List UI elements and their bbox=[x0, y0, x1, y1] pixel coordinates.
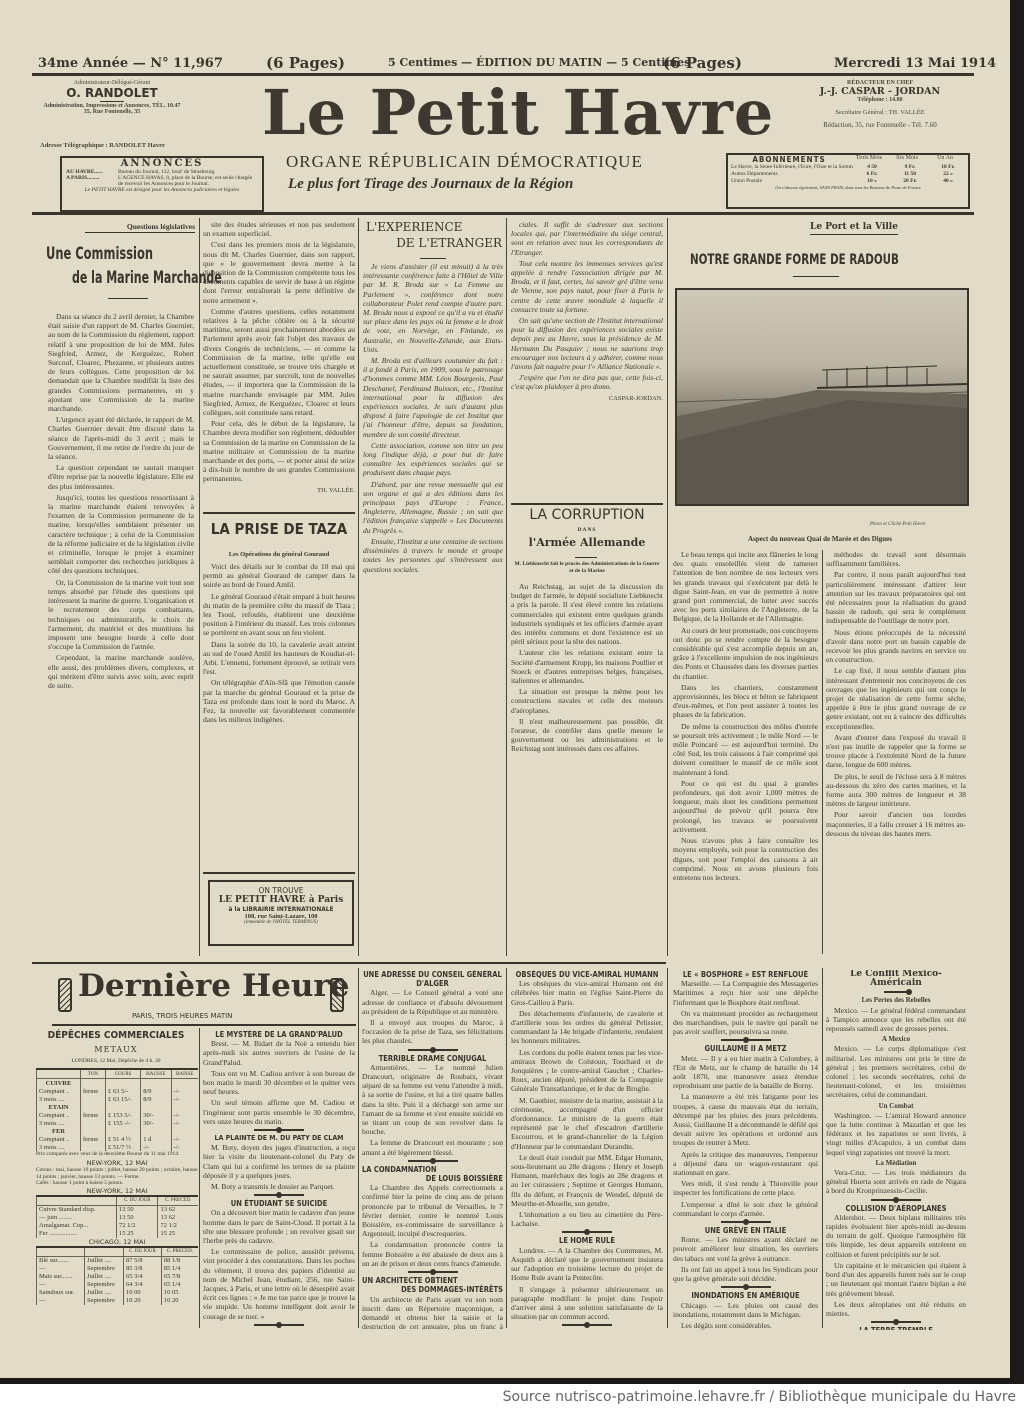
section-heading: La Médiation bbox=[826, 1159, 966, 1168]
paragraph: M. Boty a transmis le dossier au Parquet… bbox=[203, 1182, 355, 1191]
paragraph: Mexico. — Le général fédéral commandant … bbox=[826, 1006, 966, 1034]
table-row: Blé sur.......Juillet ....87 5/888 1/8 bbox=[37, 1256, 199, 1265]
table-row: Comptant ..ferme£ 63 5/-8/9-/- bbox=[37, 1087, 199, 1095]
annonces-box: ANNONCES AU HAVRE......Bureau du Journal… bbox=[60, 156, 264, 212]
paragraph: Au Reichstag, au sujet de la discussion … bbox=[511, 582, 663, 646]
abonnement-row: Union Postale10 »20 Fr.40 » bbox=[728, 178, 968, 185]
newspaper-page: 34me Année — N° 11,967 (6 Pages) 5 Centi… bbox=[0, 0, 1024, 1384]
paragraph: Jusqu'ici, toutes les questions ressorti… bbox=[48, 493, 194, 576]
page-count-left: (6 Pages) bbox=[266, 54, 345, 72]
taza-title: LA PRISE DE TAZA bbox=[203, 520, 355, 538]
page-count-right: (6 Pages) bbox=[663, 54, 742, 72]
paragraph: Nous n'avons plus à faire connaître les … bbox=[673, 836, 818, 882]
derniere-col-6: Le Conflit Mexico-Américain Les Pertes d… bbox=[826, 970, 966, 1330]
paragraph: Pour cela, dès le début de la législatur… bbox=[203, 419, 355, 483]
paragraph: Un capitaine et le mécanicien qui étaien… bbox=[826, 1261, 966, 1298]
derniere-col-5: LE « BOSPHORE » EST RENFLOUÉ Marseille. … bbox=[673, 970, 818, 1330]
paragraph: Comme d'autres questions, celles notamme… bbox=[203, 307, 355, 417]
metaux-title: METAUX bbox=[36, 1045, 196, 1054]
derniere-heure-subtitle: PARIS, TROIS HEURES MATIN bbox=[132, 1012, 232, 1020]
metal-group: CUIVRE bbox=[37, 1079, 199, 1088]
paragraph: Ensuite, l'Institut a une centaine de se… bbox=[363, 537, 503, 574]
section-heading: A Mexico bbox=[826, 1035, 966, 1044]
table-row: Comptant ..ferme£ 153 5/-30/--/- bbox=[37, 1111, 199, 1119]
paragraph: L'auteur cite les relations existant ent… bbox=[511, 648, 663, 685]
paragraph: Un seul témoin affirme que M. Cadiou et … bbox=[203, 1098, 355, 1126]
paragraph: Tout cela montre les immenses services q… bbox=[511, 259, 663, 314]
wheat-ornament-left-icon bbox=[58, 978, 72, 1012]
paragraph: Cependant, la marine marchande soulève, … bbox=[48, 653, 194, 690]
commission-kicker: Questions législatives bbox=[85, 222, 195, 233]
paragraph: Je viens d'assister (il est minuit) à la… bbox=[363, 262, 503, 354]
paragraph: Le deuil était conduit par MM. Edgar Hum… bbox=[511, 1153, 663, 1208]
source-credit: Source nutrisco-patrimoine.lehavre.fr / … bbox=[503, 1389, 1016, 1405]
paragraph: La Chambre des Appels correctionnels a c… bbox=[362, 1183, 503, 1238]
section-heading: Un Combat bbox=[826, 1102, 966, 1111]
radoub-body: Le beau temps qui incite aux flâneries l… bbox=[673, 550, 818, 954]
editor-name: J.-J. CASPAR - JORDAN bbox=[800, 86, 960, 97]
paragraph: On a découvert hier matin le cadavre d'u… bbox=[203, 1208, 355, 1245]
paragraph: La condamnation prononcée contre la femm… bbox=[362, 1240, 503, 1268]
table-row: Cuivre Standard disp.13 5013 62 bbox=[37, 1205, 199, 1214]
paragraph: méthodes de travail sont désormais suffi… bbox=[826, 550, 966, 568]
paragraph: L'inhumation a eu lieu au cimetière du P… bbox=[511, 1210, 663, 1228]
experience-continued: ciales. Il suffit de s'adresser aux sect… bbox=[511, 220, 663, 500]
paragraph: Des détachements d'infanterie, de cavale… bbox=[511, 1009, 663, 1046]
depeches-title: DÉPÊCHES COMMERCIALES bbox=[36, 1030, 196, 1041]
paragraph: Dans sa séance du 2 avril dernier, la Ch… bbox=[48, 312, 194, 413]
paragraph: On sait qu'une section de l'Institut int… bbox=[511, 316, 663, 371]
commission-body: Dans sa séance du 2 avril dernier, la Ch… bbox=[48, 312, 194, 952]
paragraph: L'empereur a dîné le soir chez le généra… bbox=[673, 1200, 818, 1218]
paragraph: Rome. — Les ministres ayant déclaré ne p… bbox=[673, 1235, 818, 1263]
abonnements-title: ABONNEMENTS bbox=[728, 155, 850, 164]
left-header: Administrateur-Délégué-Gérant O. RANDOLE… bbox=[32, 80, 192, 115]
paragraph: Metz. — Il y a eu hier matin à Colombey,… bbox=[673, 1054, 818, 1091]
corruption-title-3: l'Armée Allemande bbox=[511, 536, 663, 549]
radoub-kicker: Le Port et la Ville bbox=[810, 222, 898, 235]
right-header: RÉDACTEUR EN CHEF J.-J. CASPAR - JORDAN … bbox=[800, 80, 960, 129]
radoub-continued: méthodes de travail sont désormais suffi… bbox=[826, 550, 966, 954]
commission-continued: site des études sérieuses et non pas seu… bbox=[203, 220, 355, 510]
paragraph: Nous étions préoccupés de la nécessité d… bbox=[826, 628, 966, 665]
paragraph: Il n'est malheureusement pas possible, d… bbox=[511, 717, 663, 754]
table-row: Fer .................15 2515 25 bbox=[37, 1230, 199, 1238]
commission-title-1: Une Commission bbox=[46, 244, 153, 264]
issue-date: Mercredi 13 Mai 1914 bbox=[834, 56, 996, 71]
metal-group: ETAIN bbox=[37, 1103, 199, 1111]
paragraph: Vera-Cruz. — Les trois médiateurs du gén… bbox=[826, 1168, 966, 1196]
table-row: — juin ........13 5013 62 bbox=[37, 1214, 199, 1222]
paragraph: Le commissaire de police, aussitôt préve… bbox=[203, 1247, 355, 1321]
paragraph: Vers midi, il s'est rendu à Thionville p… bbox=[673, 1179, 818, 1197]
table-row: Amalgamat. Cop...72 1/272 1/2 bbox=[37, 1222, 199, 1230]
table-row: 3 mois ....£ 155 -/-30/--/- bbox=[37, 1119, 199, 1127]
paragraph: Par contre, il nous paraît aujourd'hui t… bbox=[826, 570, 966, 625]
scan-bottom-edge bbox=[0, 1378, 1024, 1384]
manager-name: O. RANDOLET bbox=[32, 86, 192, 100]
telegraph-address: Adresse Télégraphique : RANDOLET Havre bbox=[40, 142, 165, 149]
experience-title-2: DE L'ETRANGER bbox=[388, 236, 502, 250]
paragraph: Il s'engage à présenter ultérieurement u… bbox=[511, 1285, 663, 1322]
paragraph: De même la construction des môles d'entr… bbox=[673, 722, 818, 777]
paragraph: Marseille. — La Compagnie des Messagerie… bbox=[673, 979, 818, 1007]
issue-number: 34me Année — N° 11,967 bbox=[38, 56, 223, 71]
metal-group: FER bbox=[37, 1127, 199, 1135]
table-row: —Septembre10 2010 20 bbox=[37, 1297, 199, 1305]
table-row: —Septembre85 3/885 1/4 bbox=[37, 1265, 199, 1273]
paragraph: Un architecte de Paris ayant vu son nom … bbox=[362, 1295, 503, 1331]
table-row: 3 mois ....£ 63 15/-8/9-/- bbox=[37, 1095, 199, 1103]
taza-subtitle: Les Opérations du général Gouraud bbox=[203, 551, 355, 558]
experience-title-1: L'EXPERIENCE bbox=[366, 220, 462, 234]
paragraph: Les deux aéroplanes ont été réduits en m… bbox=[826, 1300, 966, 1318]
paragraph: Pour ce qui est du quai à grandes profon… bbox=[673, 779, 818, 834]
paragraph: Washington. — L'amiral Howard annonce qu… bbox=[826, 1111, 966, 1157]
annonces-title: ANNONCES bbox=[62, 158, 262, 169]
table-row: Comptant ..ferme£ 51 4 ½1 d-/- bbox=[37, 1135, 199, 1143]
paragraph: Dans les chantiers, constamment approvis… bbox=[673, 683, 818, 720]
paragraph: La situation est presque la même pour le… bbox=[511, 687, 663, 715]
paragraph: Alger. — Le Conseil général a voté une a… bbox=[362, 988, 503, 1016]
paragraph: La manœuvre a été très fatigante pour le… bbox=[673, 1092, 818, 1147]
corruption-title-1: LA CORRUPTION bbox=[511, 507, 663, 523]
paragraph: Les obsèques du vice-amiral Humann ont é… bbox=[511, 979, 663, 1007]
paragraph: Armentières. — Le nommé Julien Drancourt… bbox=[362, 1063, 503, 1137]
derniere-heure-title: Dernière Heure bbox=[78, 968, 349, 1004]
paragraph: Avant d'entrer dans l'exposé du travail … bbox=[826, 733, 966, 770]
paragraph: Les dégâts sont considérables. bbox=[673, 1321, 818, 1330]
paragraph: J'espère que l'on ne dira pas que, cette… bbox=[511, 373, 663, 391]
paragraph: M. Boty, doyen des juges d'instruction, … bbox=[203, 1143, 355, 1180]
harbour-photo bbox=[675, 288, 969, 506]
experience-body: Je viens d'assister (il est minuit) à la… bbox=[363, 262, 503, 952]
paragraph: Brest. — M. Bidart de la Noë a entendu h… bbox=[203, 1039, 355, 1067]
paragraph: C'est dans les premiers mois de la légis… bbox=[203, 240, 355, 304]
photo-credit: Photo et Cliché Petit Havre bbox=[870, 522, 925, 527]
paragraph: Le beau temps qui incite aux flâneries l… bbox=[673, 550, 818, 624]
commission-title-2: de la Marine Marchande bbox=[72, 268, 222, 288]
table-row: —Septembre64 3/465 1/4 bbox=[37, 1281, 199, 1289]
paragraph: Cette association, comme son titre un pe… bbox=[363, 441, 503, 478]
derniere-col-3: UNE ADRESSE DU CONSEIL GÉNÉRAL D'ALGER A… bbox=[362, 970, 503, 1330]
paragraph: Voici des détails sur le combat du 10 ma… bbox=[203, 562, 355, 590]
paragraph: site des études sérieuses et non pas seu… bbox=[203, 220, 355, 238]
abonnement-row: Autres Départements6 Fr.11 5022 » bbox=[728, 171, 968, 178]
paragraph: Les cordons du poêle étaient tenus par l… bbox=[511, 1048, 663, 1094]
paragraph: La question cependant ne saurait manquer… bbox=[48, 463, 194, 491]
table-row: Saindoux sur.Juillet ....10 0010 05 bbox=[37, 1289, 199, 1297]
taza-body: Voici des détails sur le combat du 10 ma… bbox=[203, 562, 355, 870]
derniere-col-4: OBSÈQUES DU VICE-AMIRAL HUMANN Les obsèq… bbox=[511, 970, 663, 1330]
masthead-tagline: Le plus fort Tirage des Journaux de la R… bbox=[288, 176, 573, 193]
paragraph: Pour savoir d'ancien nos lourdes maçonne… bbox=[826, 810, 966, 838]
paragraph: Au cours de leur promenade, nos concitoy… bbox=[673, 626, 818, 681]
paragraph: L'urgence ayant été déclarée, le rapport… bbox=[48, 415, 194, 461]
paragraph: On va maintenant procéder au rechargemen… bbox=[673, 1009, 818, 1037]
paragraph: Or, la Commission de la marine voit tout… bbox=[48, 578, 194, 652]
masthead-subtitle: ORGANE RÉPUBLICAIN DÉMOCRATIQUE bbox=[286, 152, 643, 172]
paragraph: M. Gauthier, ministre de la marine, assi… bbox=[511, 1096, 663, 1151]
section-heading: Les Pertes des Rebelles bbox=[826, 996, 966, 1005]
paragraph: ciales. Il suffit de s'adresser aux sect… bbox=[511, 220, 663, 257]
table-row: Maïs sur.......Juillet ....65 3/465 7/8 bbox=[37, 1273, 199, 1281]
paragraph: Après la critique des manœuvres, l'emper… bbox=[673, 1150, 818, 1178]
header-rule bbox=[32, 212, 974, 215]
price-edition: 5 Centimes — ÉDITION DU MATIN — 5 Centim… bbox=[388, 56, 690, 69]
address: 35, Rue Fontenelle, 35 bbox=[32, 109, 192, 115]
paragraph: Londres. — A la Chambre des Communes, M.… bbox=[511, 1246, 663, 1283]
corruption-subtitle: M. Liebknecht fait le procès des Adminis… bbox=[514, 561, 660, 574]
paragraph: Ils ont fait un appel à tous les Syndica… bbox=[673, 1265, 818, 1283]
wheat-ornament-right-icon bbox=[330, 978, 344, 1012]
on-trouve-ad: ON TROUVE LE PETIT HAVRE à Paris à la LI… bbox=[208, 880, 354, 946]
paragraph: Mexico. — Le corps diplomatique s'est mi… bbox=[826, 1044, 966, 1099]
table-row: 3 mois ....£ 51/7 ½-/--/- bbox=[37, 1143, 199, 1151]
photo-caption: Aspect du nouveau Quai de Marée et des D… bbox=[675, 535, 965, 543]
paragraph: Chicago. — Les pluies ont causé des inon… bbox=[673, 1301, 818, 1319]
abonnement-row: Le Havre, la Seine-Inférieure, l'Eure, l… bbox=[728, 164, 968, 171]
metals-table: TONCOURSHAUSSEBAISSECUIVREComptant ..fer… bbox=[36, 1068, 198, 1305]
paragraph: Dans la soirée du 10, la cavalerie avait… bbox=[203, 640, 355, 677]
paragraph: Tous ont vu M. Cadiou arriver à son bure… bbox=[203, 1069, 355, 1097]
paragraph: Aldershot. — Deux biplans militaires trè… bbox=[826, 1213, 966, 1259]
paragraph: D'abord, par une revue mensuelle qui est… bbox=[363, 480, 503, 535]
paragraph: Le général Gouraud s'était emparé à huit… bbox=[203, 592, 355, 638]
paragraph: De plus, le seuil de l'écluse sera à 8 m… bbox=[826, 772, 966, 809]
paragraph: On télégraphie d'Aïn-Sfâ que l'émotion c… bbox=[203, 678, 355, 724]
paragraph: Le cap fixé, il nous semble d'autant plu… bbox=[826, 666, 966, 730]
derniere-col-2: LE MYSTÈRE DE LA GRAND'PALUD Brest. — M.… bbox=[203, 1030, 355, 1330]
paragraph: M. Broda est d'ailleurs coutumier du fai… bbox=[363, 356, 503, 439]
corruption-body: Au Reichstag, au sujet de la discussion … bbox=[511, 582, 663, 954]
scan-edge bbox=[1010, 0, 1024, 1384]
radoub-title: NOTRE GRANDE FORME DE RADOUB bbox=[690, 252, 899, 268]
paragraph: Il a envoyé aux troupes du Maroc, à l'oc… bbox=[362, 1018, 503, 1046]
masthead-title: Le Petit Havre bbox=[262, 76, 774, 149]
abonnements-box: ABONNEMENTS Trois Mois Six Mois Un An Le… bbox=[726, 153, 970, 209]
paragraph: La femme de Drancourt est mourante ; son… bbox=[362, 1138, 503, 1156]
